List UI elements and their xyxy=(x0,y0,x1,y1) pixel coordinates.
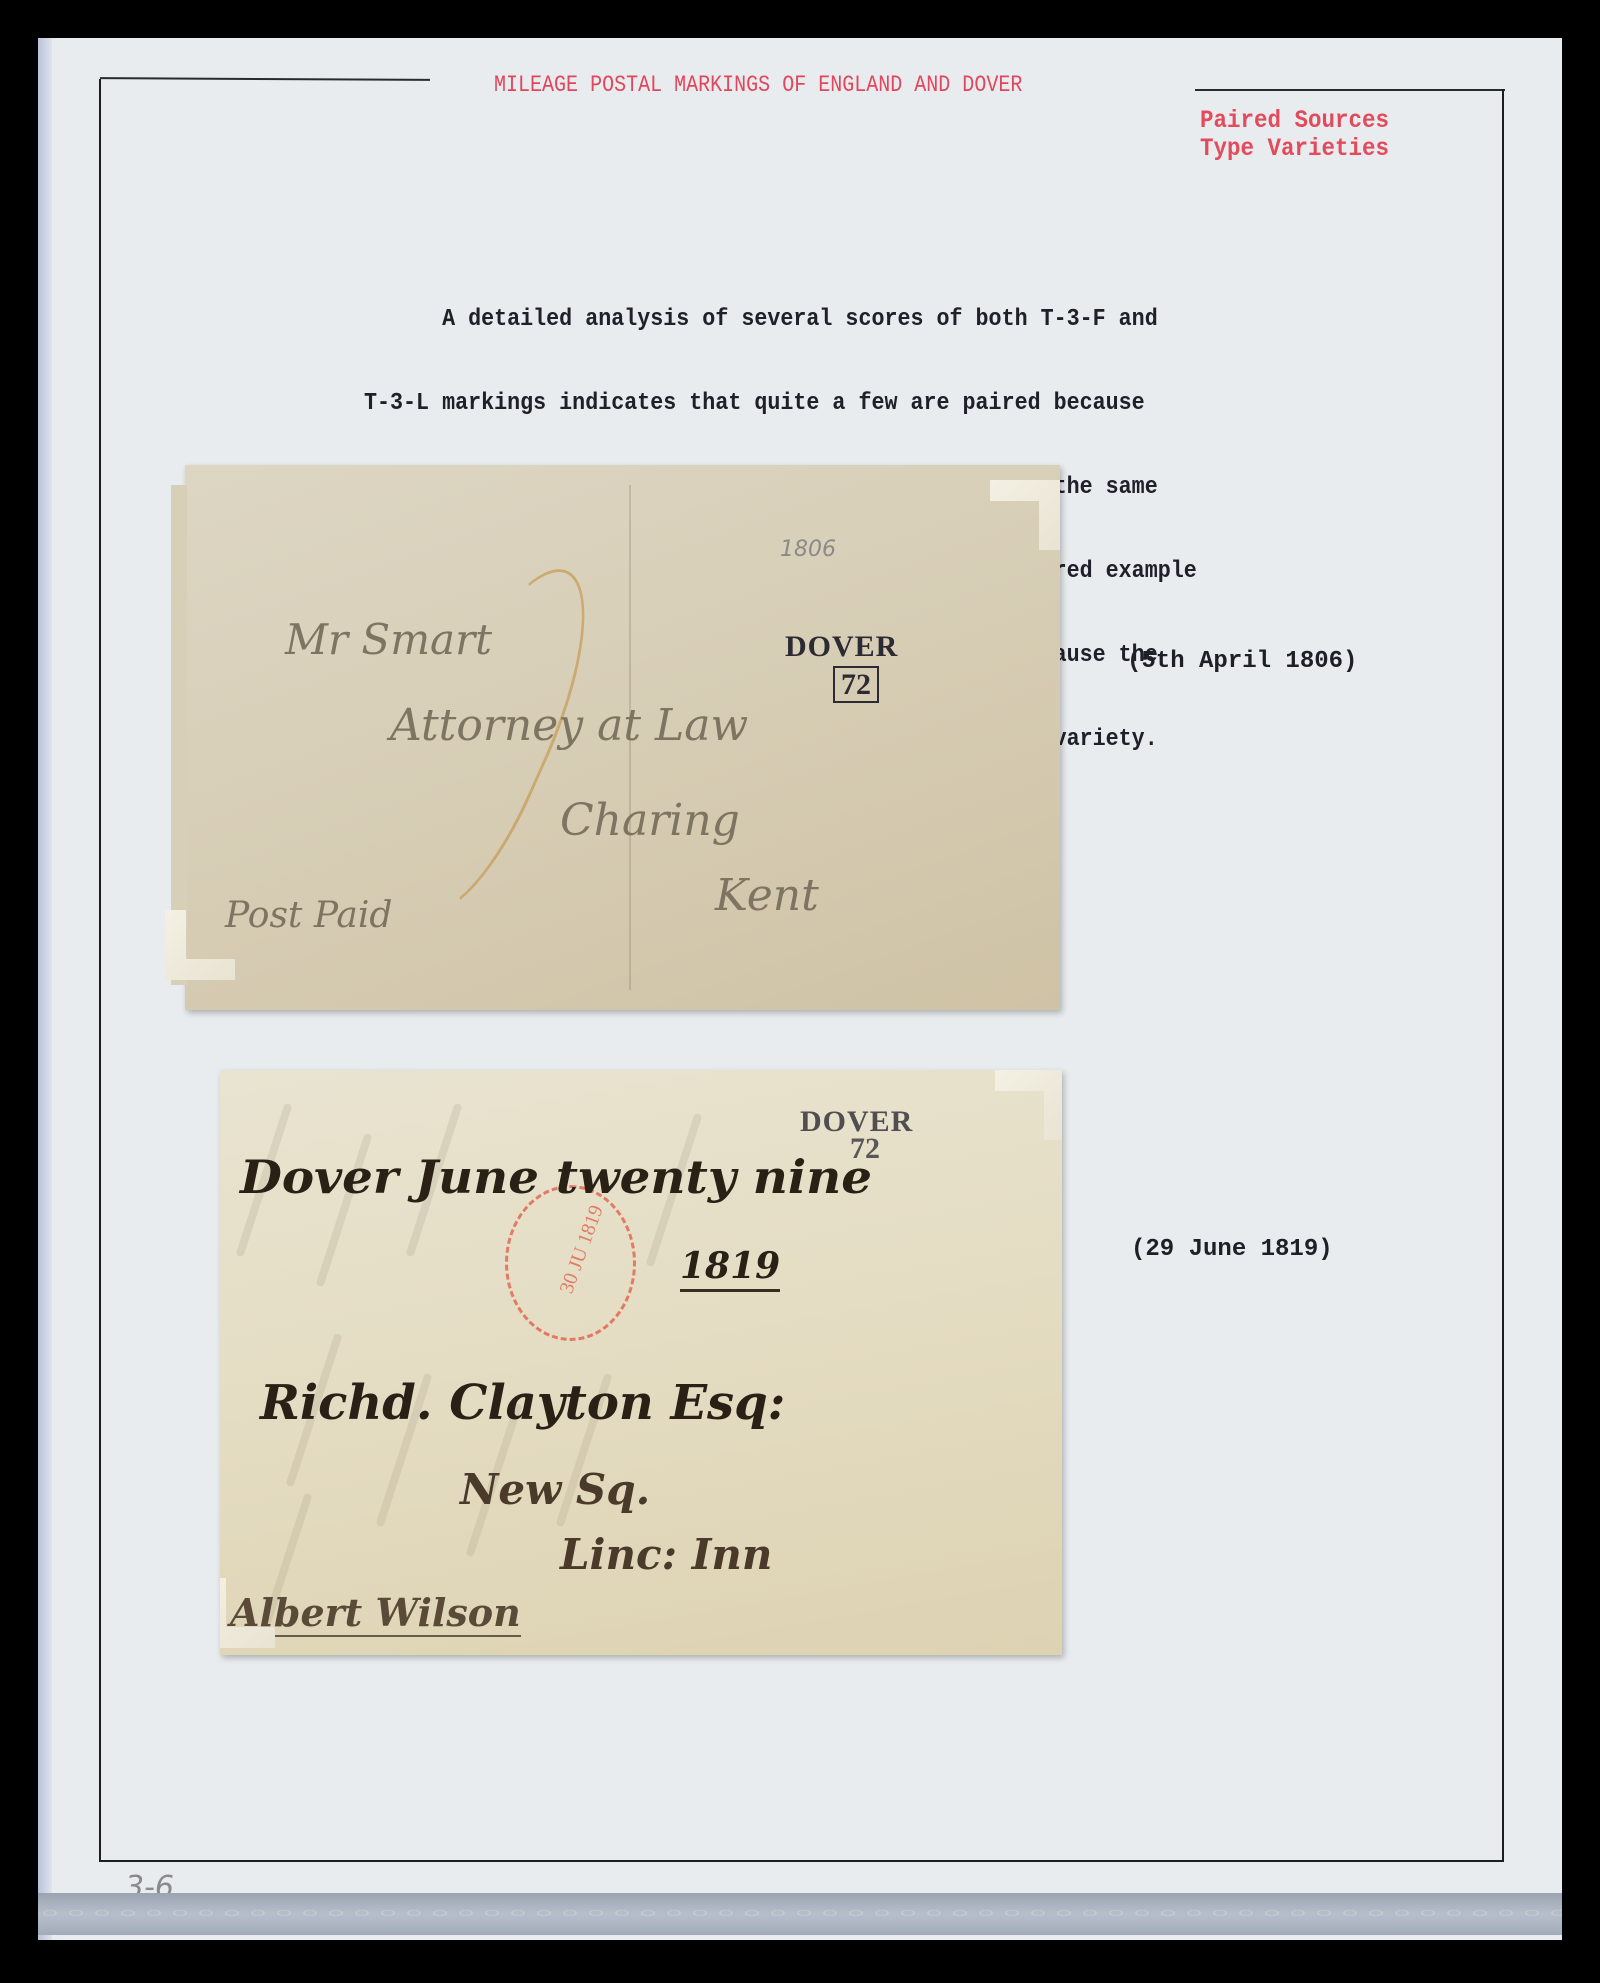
address-line: Attorney at Law xyxy=(390,700,748,751)
post-paid-endorsement: Post Paid xyxy=(225,895,392,936)
address-line: Charing xyxy=(560,795,740,846)
page-edge xyxy=(38,38,52,1940)
pencil-date: 1806 xyxy=(780,537,836,562)
page-title: MILEAGE POSTAL MARKINGS OF ENGLAND AND D… xyxy=(494,72,1022,98)
frame-border-bottom xyxy=(99,1860,1504,1862)
address-line: Richd. Clayton Esq: xyxy=(260,1375,785,1431)
cover-2-caption: (29 June 1819) xyxy=(1131,1236,1333,1263)
docket-year: 1819 xyxy=(680,1245,780,1292)
address-line: Kent xyxy=(715,870,819,921)
address-line: New Sq. xyxy=(460,1465,650,1514)
album-sleeve-pattern xyxy=(38,1906,1562,1920)
mounting-corner xyxy=(995,1070,1062,1140)
frame-border-right xyxy=(1502,89,1504,1861)
dover-postmark-town: DOVER xyxy=(785,630,898,664)
cover-1819: 30 JU 1819 DOVER 72 Dover June twenty ni… xyxy=(220,1070,1062,1655)
paragraph-line: T-3-L markings indicates that quite a fe… xyxy=(364,390,1231,418)
address-line: Linc: Inn xyxy=(560,1530,772,1579)
address-line: Mr Smart xyxy=(285,615,492,664)
docket-line: Dover June twenty nine xyxy=(240,1150,872,1204)
side-label-paired-sources: Paired Sources xyxy=(1200,106,1389,135)
cover-1-caption: (5th April 1806) xyxy=(1127,648,1357,675)
mounting-corner xyxy=(990,480,1060,550)
paragraph-line: A detailed analysis of several scores of… xyxy=(364,306,1231,334)
side-label-type-varieties: Type Varieties xyxy=(1200,134,1389,163)
frame-border-left xyxy=(99,79,101,1861)
red-receiving-stamp: 30 JU 1819 xyxy=(505,1185,636,1341)
dover-postmark-mileage: 72 xyxy=(833,668,879,702)
frame-border-top-right xyxy=(1195,89,1505,91)
cover-1806: 1806 DOVER 72 Mr Smart Attorney at Law C… xyxy=(185,465,1060,1010)
